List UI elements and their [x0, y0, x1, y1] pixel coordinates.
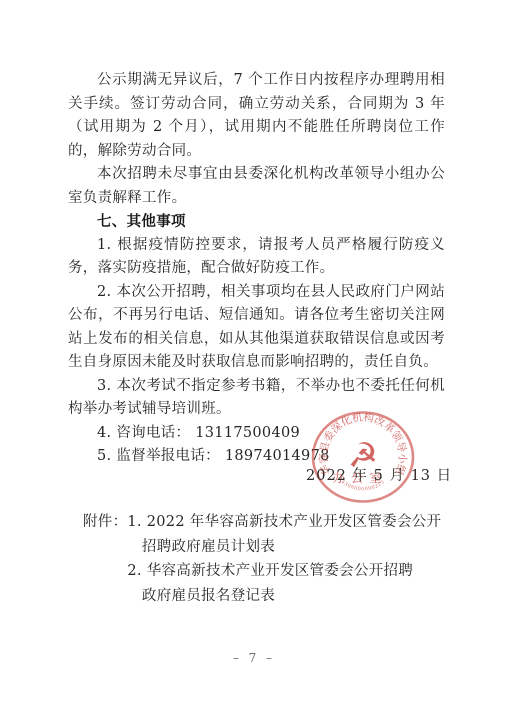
attachments-label: 附件：: [83, 510, 127, 535]
item-consult-phone: 4. 咨询电话： 13117500409: [68, 422, 445, 446]
item-no-training: 3. 本次考试不指定参考书籍，不举办也不委托任何机构举办考试辅导培训班。: [68, 375, 445, 422]
attachment-item: 2. 华容高新技术产业开发区管委会公开招聘 政府雇员报名登记表: [127, 559, 453, 608]
page-number: – 7 –: [0, 651, 508, 665]
document-date: 2022 年 5 月 13 日: [306, 464, 452, 485]
attachment-line: 1. 2022 年华容高新技术产业开发区管委会公开: [127, 510, 453, 535]
item-website-notice: 2. 本次公开招聘，相关事项均在县人民政府门户网站公布，不再另行电话、短信通知。…: [68, 281, 445, 375]
item-epidemic: 1. 根据疫情防控要求，请报考人员严格履行防疫义务，落实防疫措施，配合做好防疫工…: [68, 234, 445, 281]
attachments-block: 附件： 1. 2022 年华容高新技术产业开发区管委会公开 招聘政府雇员计划表 …: [83, 510, 453, 608]
attachments-list: 1. 2022 年华容高新技术产业开发区管委会公开 招聘政府雇员计划表 2. 华…: [127, 510, 453, 608]
document-body: 公示期满无异议后，7 个工作日内按程序办理聘用相关手续。签订劳动合同，确立劳动关…: [68, 69, 445, 469]
document-page: 公示期满无异议后，7 个工作日内按程序办理聘用相关手续。签订劳动合同，确立劳动关…: [0, 0, 508, 719]
paragraph-interpretation: 本次招聘未尽事宜由县委深化机构改革领导小组办公室负责解释工作。: [68, 163, 445, 210]
section-heading: 七、其他事项: [68, 210, 445, 234]
attachment-line: 2. 华容高新技术产业开发区管委会公开招聘: [127, 559, 453, 584]
paragraph-procedure: 公示期满无异议后，7 个工作日内按程序办理聘用相关手续。签订劳动合同，确立劳动关…: [68, 69, 445, 163]
attachment-item: 1. 2022 年华容高新技术产业开发区管委会公开 招聘政府雇员计划表: [127, 510, 453, 559]
attachment-line: 政府雇员报名登记表: [142, 584, 453, 609]
attachment-line: 招聘政府雇员计划表: [142, 535, 453, 560]
